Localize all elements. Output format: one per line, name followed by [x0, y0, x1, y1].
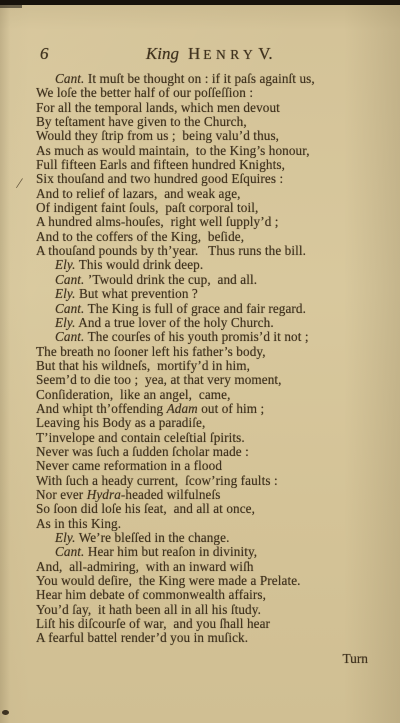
- text-line: Nor ever Hydra-headed wilfulneſs: [36, 488, 372, 502]
- running-title: KingHENRYV.: [49, 44, 371, 64]
- roman-text: With ſuch a heady current, ſcow’ring fau…: [36, 473, 278, 488]
- roman-text: Hear him debate of commonwealth affairs,: [36, 587, 266, 602]
- roman-text: A thouſand pounds by th’year. Thus runs …: [36, 243, 306, 258]
- roman-text: And, all-admiring, with an inward wiſh: [36, 559, 254, 574]
- roman-text: And to relief of lazars, and weak age,: [36, 186, 241, 201]
- text-line: A fearful battel render’d you in muſick.: [36, 631, 372, 645]
- text-line: Cant. It muſt be thought on : if it paſs…: [36, 72, 372, 86]
- italic-text: Hydra: [87, 487, 121, 502]
- text-line: By teſtament have given to the Church,: [36, 115, 372, 129]
- roman-text: The breath no ſooner left his father’s b…: [36, 344, 266, 359]
- book-page: 6 KingHENRYV. / Cant. It muſt be thought…: [0, 0, 400, 723]
- text-line: Conſideration, like an angel, came,: [36, 388, 372, 402]
- roman-text: Seem’d to die too ; yea, at that very mo…: [36, 372, 282, 387]
- roman-text: The courſes of his youth promis’d it not…: [84, 329, 308, 344]
- italic-text: Cant.: [55, 272, 84, 287]
- roman-text: And to the coffers of the King, beſide,: [36, 229, 244, 244]
- text-line: And whipt th’offending Adam out of him ;: [36, 402, 372, 416]
- text-line: The breath no ſooner left his father’s b…: [36, 345, 372, 359]
- text-line: Cant. The courſes of his youth promis’d …: [36, 330, 372, 344]
- text-line: Ely. We’re bleſſed in the change.: [36, 531, 372, 545]
- text-line: And, all-admiring, with an inward wiſh: [36, 560, 372, 574]
- roman-text: Never was ſuch a ſudden ſcholar made :: [36, 444, 249, 459]
- italic-text: Ely.: [55, 286, 76, 301]
- text-line: Ely. This would drink deep.: [36, 258, 372, 272]
- roman-text: Would they ſtrip from us ; being valu’d …: [36, 128, 279, 143]
- roman-text: Conſideration, like an angel, came,: [36, 387, 231, 402]
- text-line: Never came reformation in a flood: [36, 459, 372, 473]
- page-number: 6: [40, 44, 49, 64]
- roman-text: For all the temporal lands, which men de…: [36, 100, 280, 115]
- text-line: You would deſire, the King were made a P…: [36, 574, 372, 588]
- roman-text: You would deſire, the King were made a P…: [36, 573, 301, 588]
- italic-text: Cant.: [55, 329, 84, 344]
- ink-speck-artifact: [2, 710, 9, 715]
- text-line: Would they ſtrip from us ; being valu’d …: [36, 129, 372, 143]
- roman-text: A fearful battel render’d you in muſick.: [36, 630, 248, 645]
- roman-text: We loſe the better half of our poſſeſſio…: [36, 85, 253, 100]
- running-title-rest: ENRY: [203, 47, 257, 62]
- text-line: And to the coffers of the King, beſide,: [36, 230, 372, 244]
- text-block: Cant. It muſt be thought on : if it paſs…: [36, 72, 372, 646]
- text-line: Full fifteen Earls and fifteen hundred K…: [36, 158, 372, 172]
- text-line: Cant. ’Twould drink the cup, and all.: [36, 273, 372, 287]
- text-line: But that his wildneſs, mortify’d in him,: [36, 359, 372, 373]
- roman-text: Of indigent faint ſouls, paſt corporal t…: [36, 200, 258, 215]
- roman-text: Nor ever: [36, 487, 87, 502]
- scan-edge-artifact: [0, 0, 400, 5]
- italic-text: Ely.: [55, 315, 76, 330]
- roman-text: And whipt th’offending: [36, 401, 167, 416]
- italic-text: Ely.: [55, 257, 76, 272]
- running-title-lead: King: [146, 44, 179, 63]
- roman-text: As in this King.: [36, 516, 121, 531]
- italic-text: Cant.: [55, 544, 84, 559]
- running-title-suffix: V.: [258, 44, 272, 63]
- roman-text: You’d ſay, it hath been all in all his ſ…: [36, 602, 261, 617]
- margin-mark: /: [16, 176, 22, 193]
- roman-text: But what prevention ?: [76, 286, 198, 301]
- text-line: A hundred alms-houſes, right well ſupply…: [36, 215, 372, 229]
- roman-text: out of him ;: [198, 401, 265, 416]
- page-header: 6 KingHENRYV.: [40, 44, 370, 64]
- italic-text: Ely.: [55, 530, 76, 545]
- roman-text: This would drink deep.: [76, 257, 204, 272]
- text-line: As in this King.: [36, 517, 372, 531]
- roman-text: Leaving his Body as a paradiſe,: [36, 415, 205, 430]
- text-line: And to relief of lazars, and weak age,: [36, 187, 372, 201]
- roman-text: Full fifteen Earls and fifteen hundred K…: [36, 157, 285, 172]
- roman-text: A hundred alms-houſes, right well ſupply…: [36, 214, 279, 229]
- italic-text: Adam: [167, 401, 198, 416]
- text-line: Liſt his diſcourſe of war, and you ſhall…: [36, 617, 372, 631]
- text-line: A thouſand pounds by th’year. Thus runs …: [36, 244, 372, 258]
- text-line: Cant. Hear him but reaſon in divinity,: [36, 545, 372, 559]
- roman-text: And a true lover of the holy Church.: [76, 315, 274, 330]
- roman-text: It muſt be thought on : if it paſs again…: [84, 71, 314, 86]
- text-line: So ſoon did loſe his ſeat, and all at on…: [36, 502, 372, 516]
- text-line: Seem’d to die too ; yea, at that very mo…: [36, 373, 372, 387]
- roman-text: But that his wildneſs, mortify’d in him,: [36, 358, 250, 373]
- text-line: Never was ſuch a ſudden ſcholar made :: [36, 445, 372, 459]
- text-line: We loſe the better half of our poſſeſſio…: [36, 86, 372, 100]
- catchword: Turn: [0, 651, 368, 667]
- roman-text: As much as would maintain, to the King’s…: [36, 143, 310, 158]
- text-line: Cant. The King is full of grace and fair…: [36, 302, 372, 316]
- text-line: Ely. And a true lover of the holy Church…: [36, 316, 372, 330]
- roman-text: So ſoon did loſe his ſeat, and all at on…: [36, 501, 255, 516]
- roman-text: T’invelope and contain celeſtial ſpirits…: [36, 430, 245, 445]
- roman-text: Never came reformation in a flood: [36, 458, 222, 473]
- text-line: For all the temporal lands, which men de…: [36, 101, 372, 115]
- text-line: With ſuch a heady current, ſcow’ring fau…: [36, 474, 372, 488]
- text-line: You’d ſay, it hath been all in all his ſ…: [36, 603, 372, 617]
- italic-text: Cant.: [55, 301, 84, 316]
- text-line: T’invelope and contain celeſtial ſpirits…: [36, 431, 372, 445]
- roman-text: We’re bleſſed in the change.: [76, 530, 230, 545]
- roman-text: By teſtament have given to the Church,: [36, 114, 247, 129]
- italic-text: Cant.: [55, 71, 84, 86]
- text-line: Of indigent faint ſouls, paſt corporal t…: [36, 201, 372, 215]
- roman-text: Six thouſand and two hundred good Eſquir…: [36, 171, 283, 186]
- running-title-initial: H: [188, 44, 203, 63]
- roman-text: Hear him but reaſon in divinity,: [84, 544, 257, 559]
- text-line: Leaving his Body as a paradiſe,: [36, 416, 372, 430]
- roman-text: Liſt his diſcourſe of war, and you ſhall…: [36, 616, 270, 631]
- text-line: Ely. But what prevention ?: [36, 287, 372, 301]
- roman-text: -headed wilfulneſs: [121, 487, 221, 502]
- text-line: As much as would maintain, to the King’s…: [36, 144, 372, 158]
- text-line: Six thouſand and two hundred good Eſquir…: [36, 172, 372, 186]
- text-line: Hear him debate of commonwealth affairs,: [36, 588, 372, 602]
- roman-text: ’Twould drink the cup, and all.: [84, 272, 257, 287]
- roman-text: The King is full of grace and fair regar…: [84, 301, 306, 316]
